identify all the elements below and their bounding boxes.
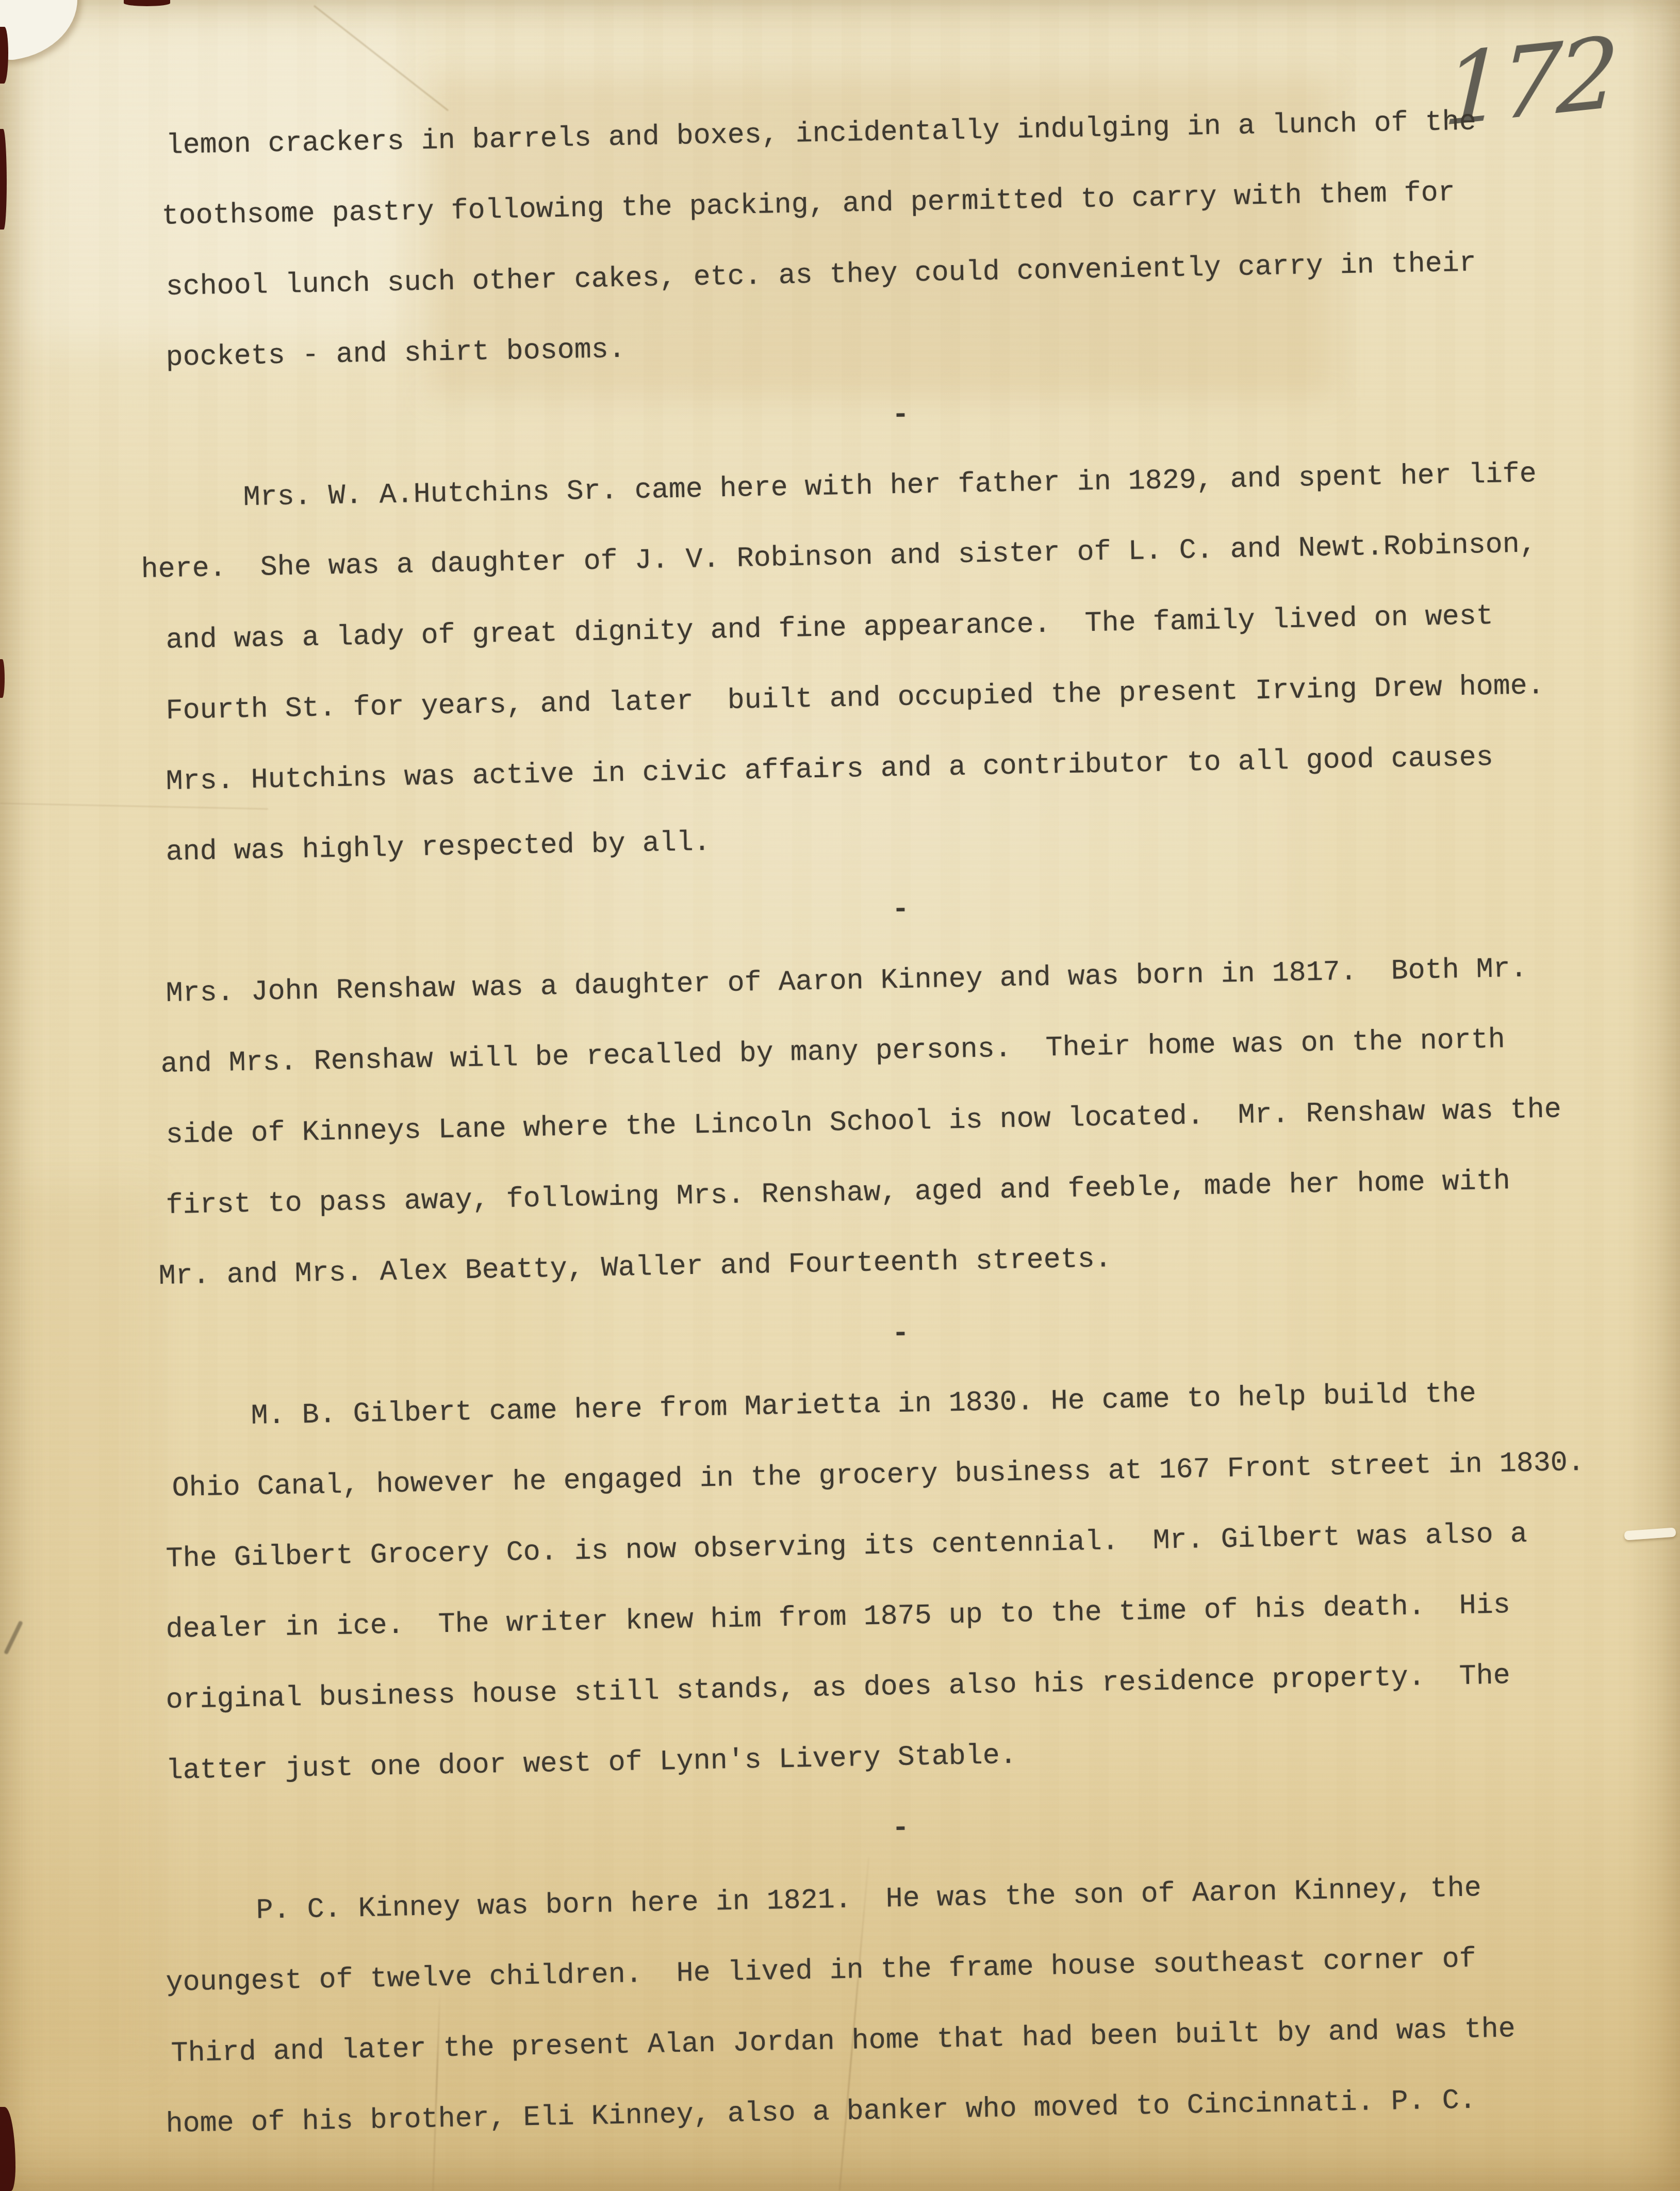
manuscript-page: 172 lemon crackers in barrels and boxes,… — [0, 0, 1680, 2191]
typed-text-body: lemon crackers in barrels and boxes, inc… — [166, 110, 1636, 2160]
